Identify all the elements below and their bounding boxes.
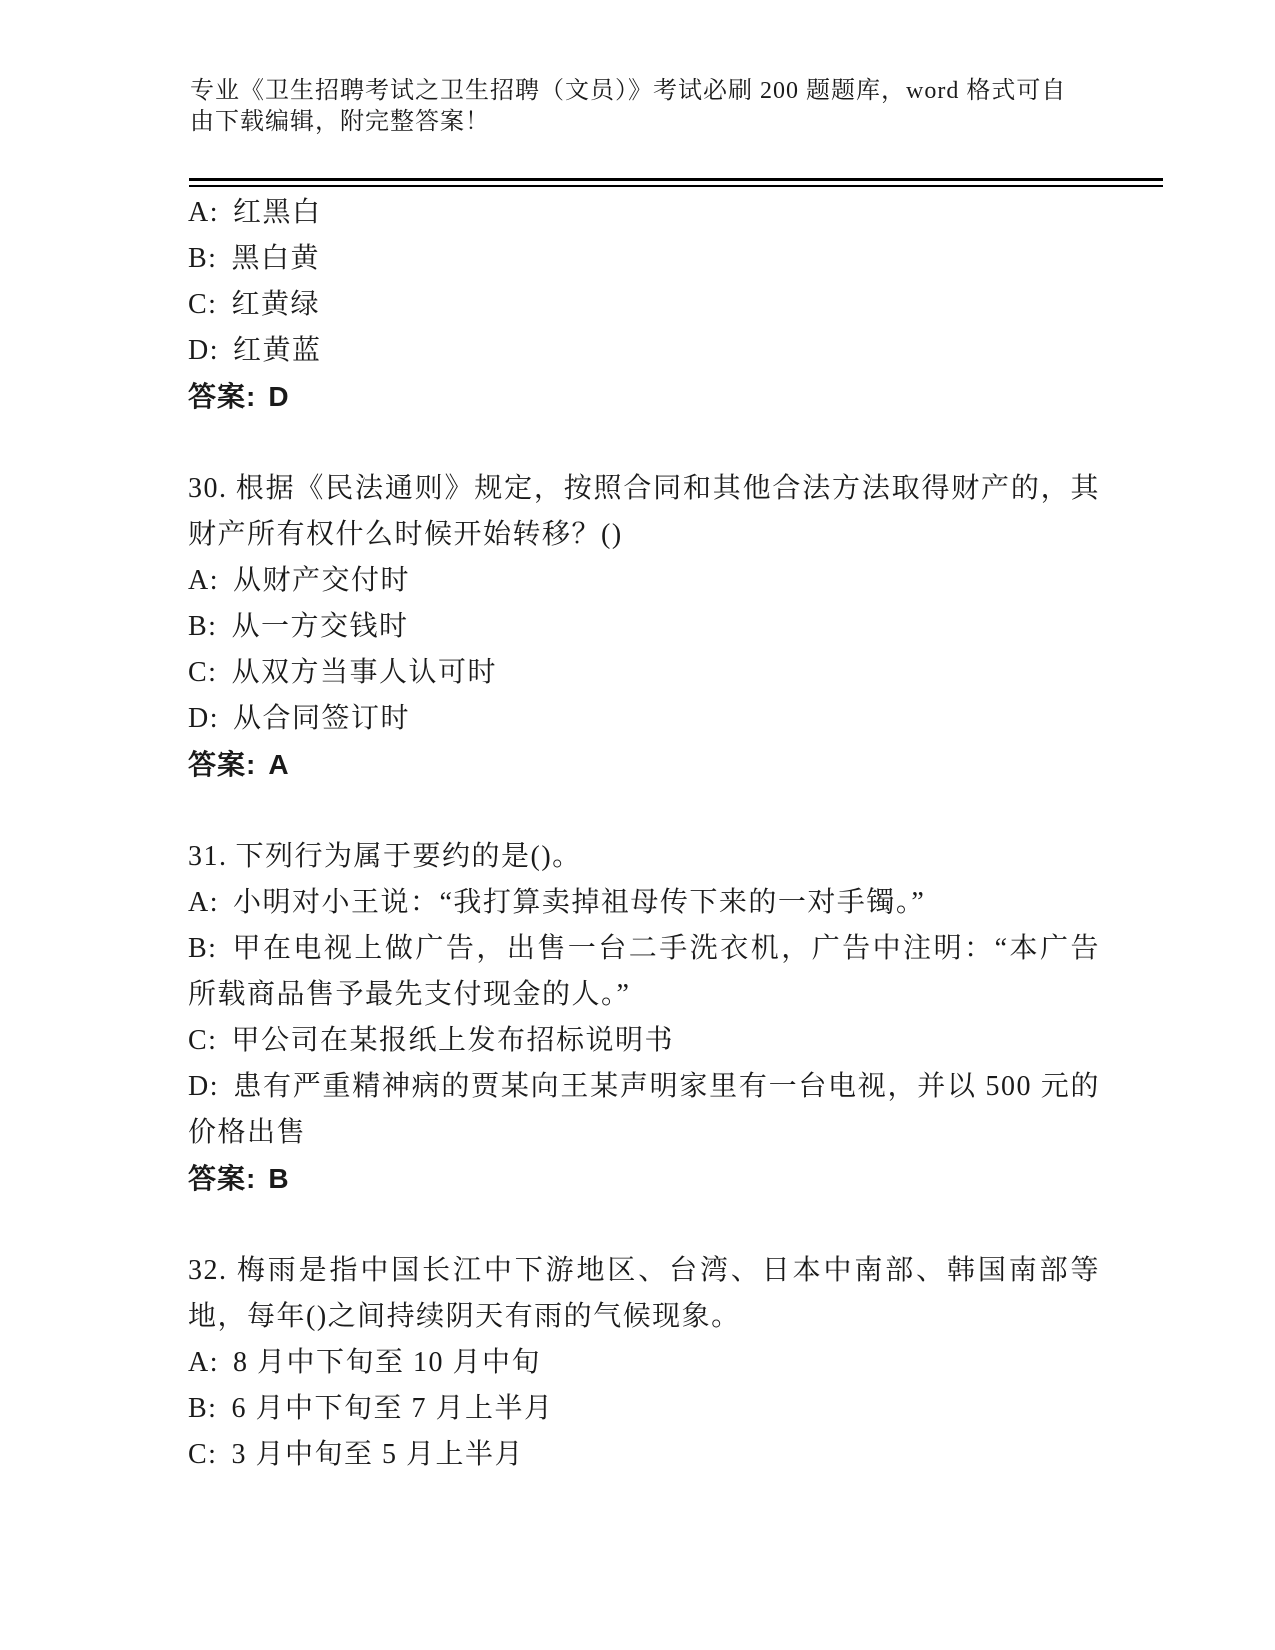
question-31-block: 31.下列行为属于要约的是()。 A:小明对小王说：“我打算卖掉祖母传下来的一对… [188,834,1100,1202]
option-row: D:红黄蓝 [188,328,1100,374]
option-row: D:从合同签订时 [188,696,1100,742]
answer-label: 答案: [188,381,256,412]
option-label: B: [188,1393,217,1424]
document-body: A:红黑白 B:黑白黄 C:红黄绿 D:红黄蓝 答案:D 30.根据《民法通则》… [188,190,1100,1524]
option-row: A:8 月中下旬至 10 月中旬 [188,1340,1100,1386]
option-text: 甲在电视上做广告，出售一台二手洗衣机，广告中注明：“本广告所载商品售予最先支付现… [188,933,1100,1010]
option-label: C: [188,289,217,320]
option-text: 从一方交钱时 [231,611,408,642]
option-label: C: [188,1025,217,1056]
question-30-block: 30.根据《民法通则》规定，按照合同和其他合法方法取得财产的，其财产所有权什么时… [188,466,1100,788]
option-row: D:患有严重精神病的贾某向王某声明家里有一台电视，并以 500 元的价格出售 [188,1064,1100,1156]
option-text: 黑白黄 [231,243,320,274]
answer-row: 答案:A [188,742,1100,788]
option-text: 红黑白 [233,197,322,228]
option-text: 3 月中旬至 5 月上半月 [231,1439,524,1470]
option-row: B:从一方交钱时 [188,604,1100,650]
question-29-continuation-block: A:红黑白 B:黑白黄 C:红黄绿 D:红黄蓝 答案:D [188,190,1100,420]
option-label: A: [188,887,219,918]
question-32-block: 32.梅雨是指中国长江中下游地区、台湾、日本中南部、韩国南部等地，每年()之间持… [188,1248,1100,1478]
option-text: 从合同签订时 [233,703,410,734]
option-label: D: [188,703,219,734]
header-line-1: 专业《卫生招聘考试之卫生招聘（文员）》考试必刷 200 题题库，word 格式可… [190,76,1092,107]
question-number: 30. [188,473,228,504]
option-label: B: [188,243,217,274]
question-stem-text: 根据《民法通则》规定，按照合同和其他合法方法取得财产的，其财产所有权什么时候开始… [188,473,1100,550]
answer-label: 答案: [188,749,256,780]
option-text: 患有严重精神病的贾某向王某声明家里有一台电视，并以 500 元的价格出售 [188,1071,1100,1148]
option-row: C:甲公司在某报纸上发布招标说明书 [188,1018,1100,1064]
option-text: 红黄蓝 [233,335,322,366]
option-label: B: [188,933,217,964]
option-row: B:黑白黄 [188,236,1100,282]
option-label: A: [188,1347,219,1378]
question-number: 31. [188,841,228,872]
document-header: 专业《卫生招聘考试之卫生招聘（文员）》考试必刷 200 题题库，word 格式可… [190,76,1092,138]
option-text: 从双方当事人认可时 [231,657,497,688]
question-stem-text: 下列行为属于要约的是()。 [236,841,582,872]
header-line-2: 由下载编辑，附完整答案！ [190,107,1092,138]
option-text: 8 月中下旬至 10 月中旬 [233,1347,541,1378]
option-row: A:红黑白 [188,190,1100,236]
document-page: 专业《卫生招聘考试之卫生招聘（文员）》考试必刷 200 题题库，word 格式可… [0,0,1275,1650]
option-label: B: [188,611,217,642]
option-text: 从财产交付时 [233,565,410,596]
option-row: B:6 月中下旬至 7 月上半月 [188,1386,1100,1432]
option-row: A:从财产交付时 [188,558,1100,604]
option-text: 6 月中下旬至 7 月上半月 [231,1393,553,1424]
question-stem: 32.梅雨是指中国长江中下游地区、台湾、日本中南部、韩国南部等地，每年()之间持… [188,1248,1100,1340]
answer-value: A [268,749,289,780]
option-row: C:红黄绿 [188,282,1100,328]
answer-row: 答案:B [188,1156,1100,1202]
header-divider [189,178,1163,187]
answer-label: 答案: [188,1163,256,1194]
option-label: D: [188,335,219,366]
answer-value: D [268,381,289,412]
option-label: D: [188,1071,219,1102]
option-label: A: [188,197,219,228]
question-stem-text: 梅雨是指中国长江中下游地区、台湾、日本中南部、韩国南部等地，每年()之间持续阴天… [188,1255,1100,1332]
option-label: A: [188,565,219,596]
option-row: C:从双方当事人认可时 [188,650,1100,696]
option-row: C:3 月中旬至 5 月上半月 [188,1432,1100,1478]
option-row: B:甲在电视上做广告，出售一台二手洗衣机，广告中注明：“本广告所载商品售予最先支… [188,926,1100,1018]
option-text: 甲公司在某报纸上发布招标说明书 [231,1025,674,1056]
answer-row: 答案:D [188,374,1100,420]
question-stem: 30.根据《民法通则》规定，按照合同和其他合法方法取得财产的，其财产所有权什么时… [188,466,1100,558]
question-stem: 31.下列行为属于要约的是()。 [188,834,1100,880]
option-text: 小明对小王说：“我打算卖掉祖母传下来的一对手镯。” [233,887,925,918]
option-row: A:小明对小王说：“我打算卖掉祖母传下来的一对手镯。” [188,880,1100,926]
option-label: C: [188,657,217,688]
option-label: C: [188,1439,217,1470]
answer-value: B [268,1163,289,1194]
question-number: 32. [188,1255,228,1286]
option-text: 红黄绿 [231,289,320,320]
